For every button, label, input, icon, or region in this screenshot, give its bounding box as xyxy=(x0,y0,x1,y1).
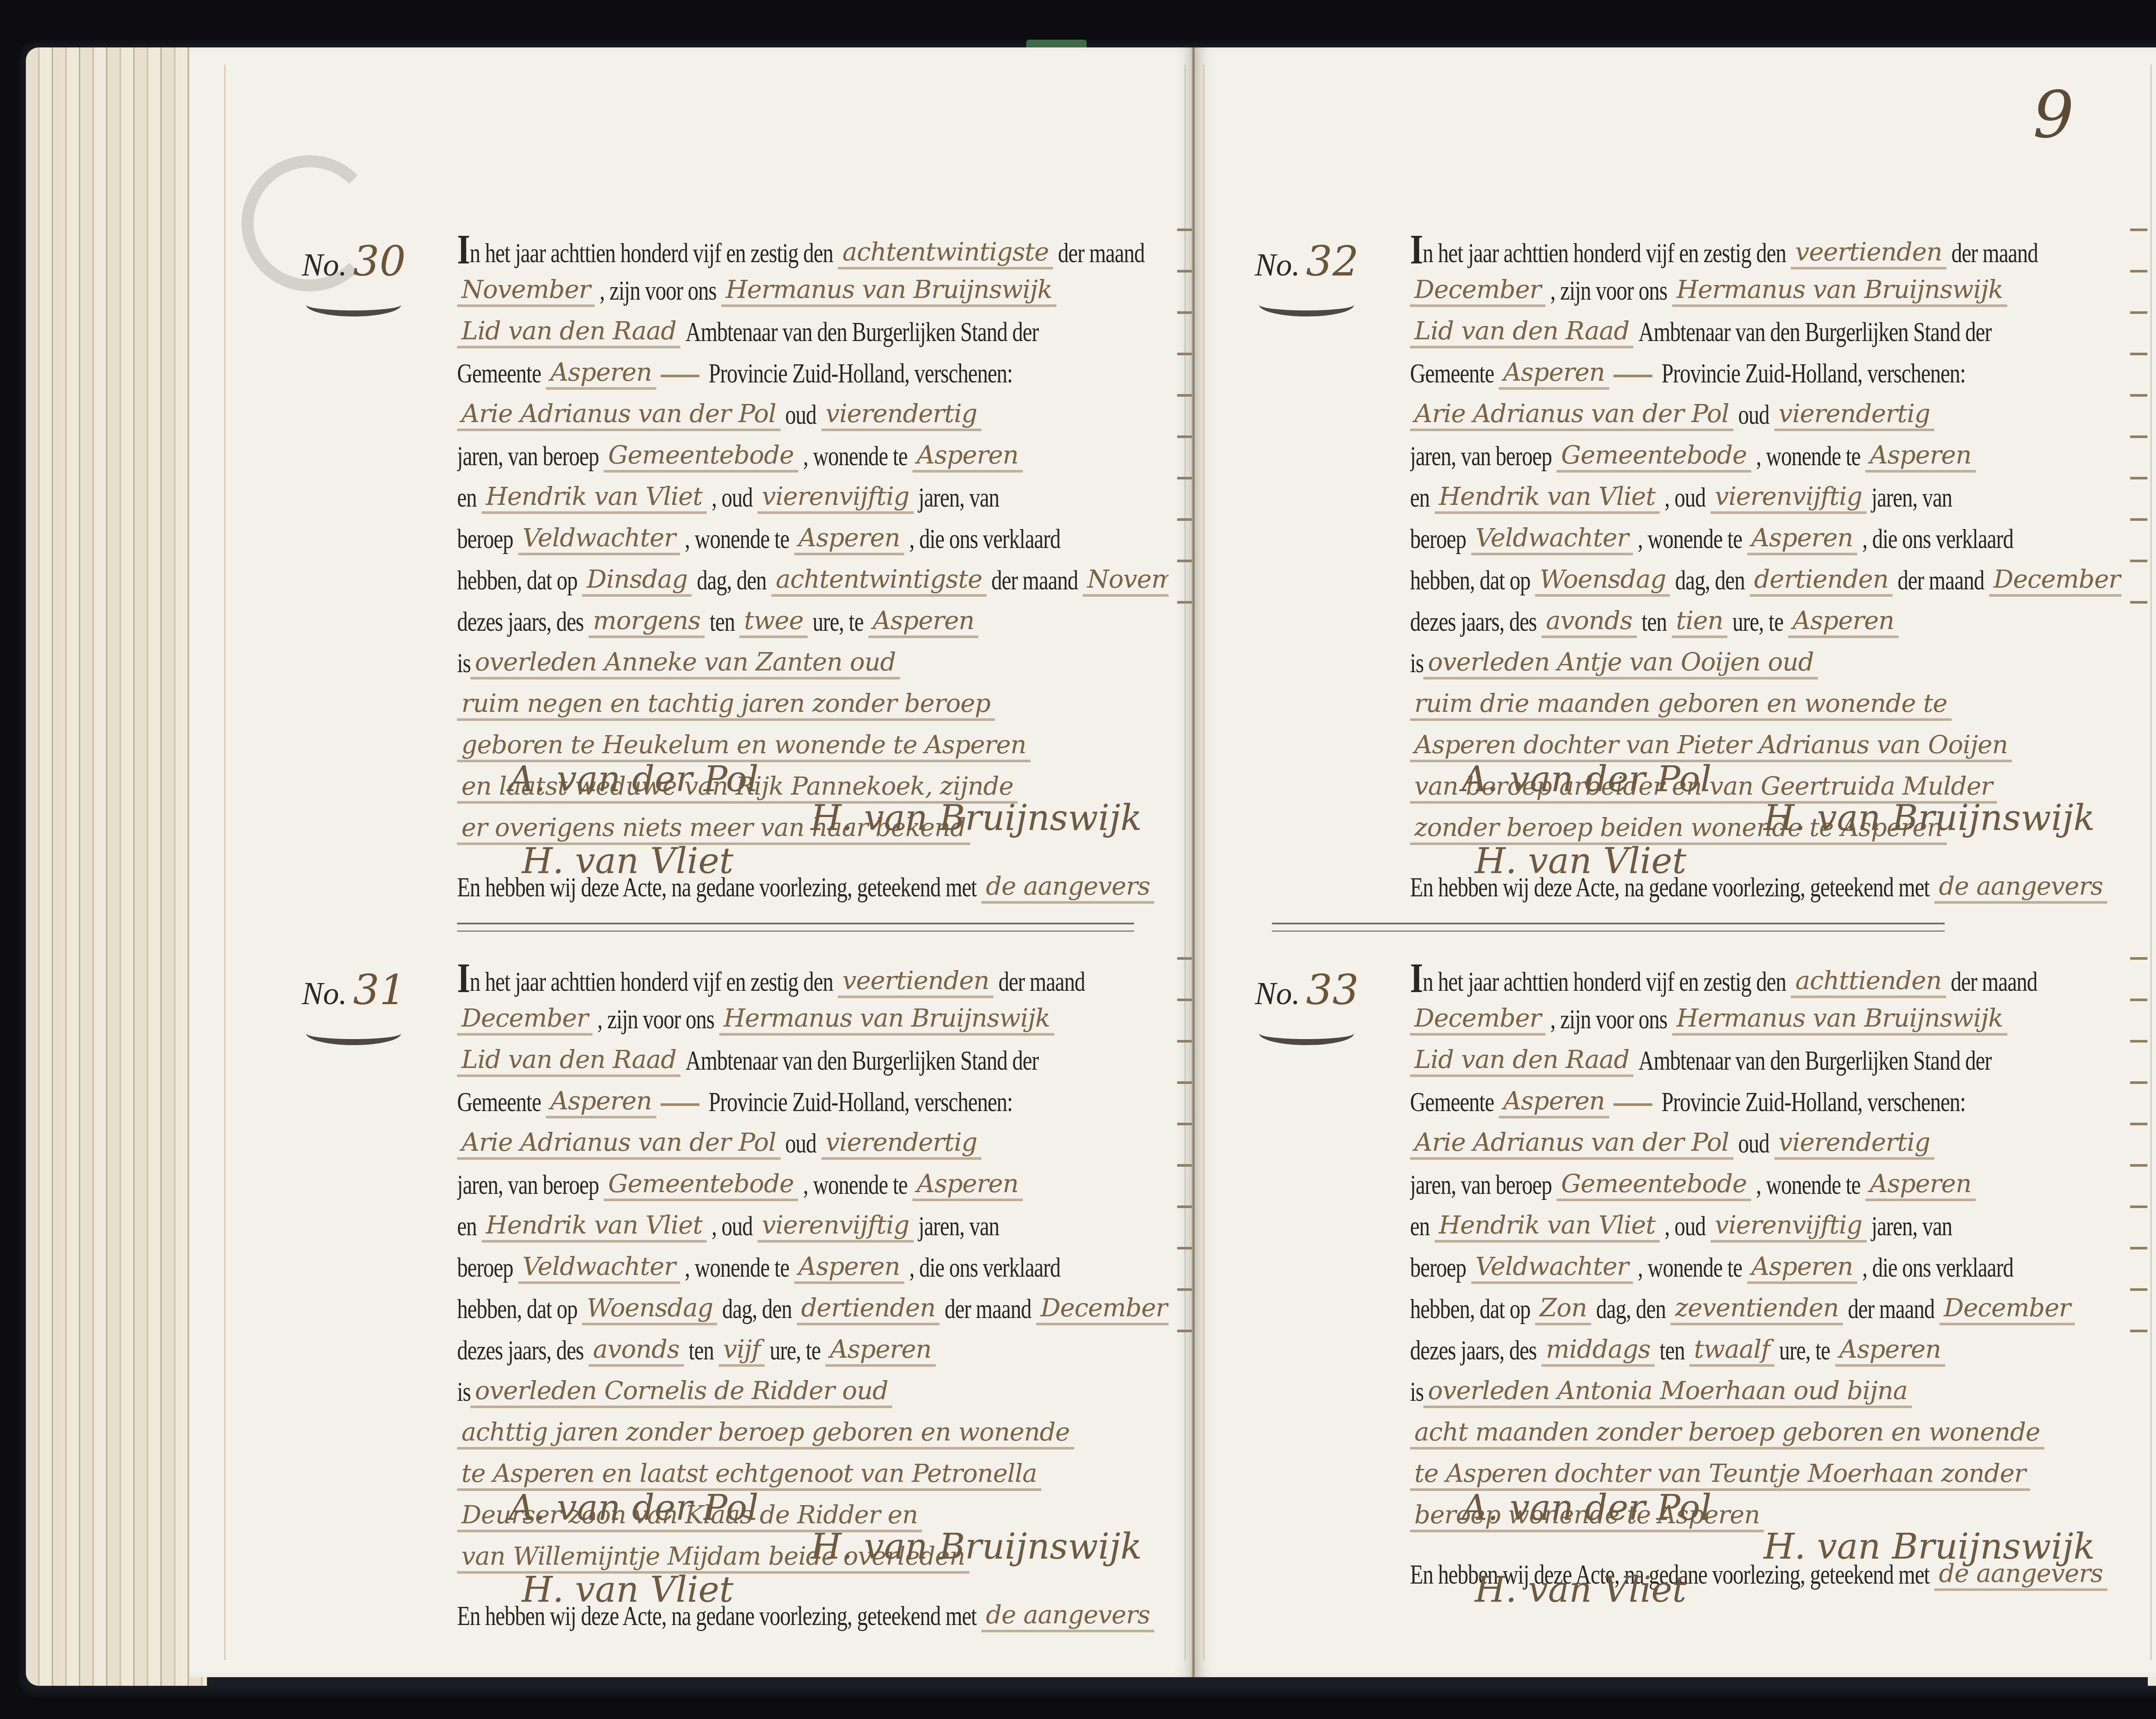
line-10: dezes jaars, des morgens ten twee ure, t… xyxy=(457,601,1169,642)
flourish-ornament xyxy=(1259,1022,1354,1045)
right-page: 9 No.32 In het jaar achttien honderd vij… xyxy=(1194,47,2156,1677)
signed-with: de aangevers xyxy=(1934,871,2107,904)
death-day: zeventienden xyxy=(1670,1293,1843,1325)
line-10: dezes jaars, des middags ten twaalf ure,… xyxy=(1410,1330,2122,1371)
witness2-occupation: Veldwachter xyxy=(1471,523,1633,555)
death-weekday: Zon xyxy=(1535,1293,1591,1325)
signature-van-bruijnswijk: H. van Bruijnswijk xyxy=(811,1526,1142,1567)
line-2: December , zijn voor ons Hermanus van Br… xyxy=(457,999,1169,1040)
line-6: jaren, van beroep Gemeentebode , wonende… xyxy=(1410,1164,2122,1205)
witness1-residence: Asperen xyxy=(1865,440,1976,473)
death-month: November xyxy=(1083,564,1169,597)
witness1-occupation: Gemeentebode xyxy=(604,440,798,473)
witness1-occupation: Gemeentebode xyxy=(604,1168,798,1201)
death-weekday: Woensdag xyxy=(582,1293,717,1325)
witness2-age: vierenvijftig xyxy=(758,1210,914,1243)
witness2-residence: Asperen xyxy=(794,523,905,555)
death-hour: tien xyxy=(1672,605,1728,638)
witness2-name: Hendrik van Vliet xyxy=(1435,481,1660,514)
line-7: en Hendrik van Vliet , oud vierenvijftig… xyxy=(1410,1205,2122,1247)
record-32: No.32 In het jaar achttien honderd vijf … xyxy=(1410,229,2122,970)
deceased-line: isoverleden Antonia Moerhaan oud bijna xyxy=(1410,1371,2122,1412)
witness1-name: Arie Adrianus van der Pol xyxy=(1410,1127,1733,1160)
line-2: December , zijn voor ons Hermanus van Br… xyxy=(1410,999,2122,1040)
witness2-residence: Asperen xyxy=(1747,1251,1858,1284)
death-month: December xyxy=(1036,1293,1169,1325)
death-hour: twee xyxy=(740,605,808,638)
record-number-value: 31 xyxy=(353,966,406,1014)
witness1-residence: Asperen xyxy=(912,1168,1023,1201)
signature-van-der-pol: A. van der Pol xyxy=(1462,1487,1711,1528)
line-3: Lid van den Raad Ambtenaar van den Burge… xyxy=(457,311,1169,353)
witness2-name: Hendrik van Vliet xyxy=(482,481,707,514)
witness2-occupation: Veldwachter xyxy=(518,523,680,555)
line-7: en Hendrik van Vliet , oud vierenvijftig… xyxy=(1410,477,2122,518)
official-name: Hermanus van Bruijnswijk xyxy=(1672,274,2007,307)
line-5: Arie Adrianus van der Pol oud vierendert… xyxy=(1410,1123,2122,1164)
page-edges-left xyxy=(26,47,207,1686)
official-title: Lid van den Raad xyxy=(1410,316,1633,348)
deceased-line: ruim negen en tachtig jaren zonder beroe… xyxy=(457,684,1169,725)
line-10: dezes jaars, des avonds ten vijf ure, te… xyxy=(457,1330,1169,1371)
official-title: Lid van den Raad xyxy=(457,316,680,348)
line-9: hebben, dat op Woensdag dag, den dertien… xyxy=(1410,560,2122,601)
line-2: November , zijn voor ons Hermanus van Br… xyxy=(457,270,1169,311)
deceased-line: isoverleden Antje van Ooijen oud xyxy=(1410,642,2122,684)
witness2-age: vierenvijftig xyxy=(1711,1210,1867,1243)
line-4: Gemeente Asperen Provincie Zuid-Holland,… xyxy=(1410,1081,2122,1123)
signed-with: de aangevers xyxy=(981,1600,1154,1632)
death-daypart: avonds xyxy=(1542,605,1637,638)
page-number: 9 xyxy=(2033,78,2074,153)
line-6: jaren, van beroep Gemeentebode , wonende… xyxy=(457,1164,1169,1205)
flourish-ornament xyxy=(306,1022,401,1045)
deceased-line: isoverleden Anneke van Zanten oud xyxy=(457,642,1169,684)
deceased-line: isoverleden Cornelis de Ridder oud xyxy=(457,1371,1169,1412)
record-33: No.33 In het jaar achttien honderd vijf … xyxy=(1410,957,2122,1699)
act-day: achtentwintigste xyxy=(838,237,1053,269)
witness1-name: Arie Adrianus van der Pol xyxy=(1410,398,1733,431)
line-9: hebben, dat op Woensdag dag, den dertien… xyxy=(457,1288,1169,1330)
death-place: Asperen xyxy=(1835,1334,1946,1367)
witness1-name: Arie Adrianus van der Pol xyxy=(457,1127,780,1160)
line-4: Gemeente Asperen Provincie Zuid-Holland,… xyxy=(457,353,1169,394)
margin-dashes xyxy=(2130,957,2147,1371)
act-day: veertienden xyxy=(1791,237,1946,269)
gemeente: Asperen xyxy=(546,357,656,390)
official-title: Lid van den Raad xyxy=(457,1044,680,1077)
witness1-residence: Asperen xyxy=(1865,1168,1976,1201)
signature-van-der-pol: A. van der Pol xyxy=(509,759,758,800)
line-1: In het jaar achttien honderd vijf en zes… xyxy=(457,229,1169,270)
line-5: Arie Adrianus van der Pol oud vierendert… xyxy=(457,1123,1169,1164)
line-1: In het jaar achttien honderd vijf en zes… xyxy=(457,957,1169,999)
line-5: Arie Adrianus van der Pol oud vierendert… xyxy=(1410,394,2122,435)
deceased-line: achttig jaren zonder beroep geboren en w… xyxy=(457,1412,1169,1454)
death-hour: twaalf xyxy=(1689,1334,1774,1367)
line-3: Lid van den Raad Ambtenaar van den Burge… xyxy=(1410,1040,2122,1081)
death-place: Asperen xyxy=(868,605,979,638)
death-daypart: avonds xyxy=(589,1334,684,1367)
official-name: Hermanus van Bruijnswijk xyxy=(719,1003,1054,1036)
witness2-name: Hendrik van Vliet xyxy=(482,1210,707,1243)
line-8: beroep Veldwachter , wonende te Asperen … xyxy=(457,1247,1169,1288)
death-daypart: middags xyxy=(1542,1334,1655,1367)
witness1-age: vierendertig xyxy=(1774,398,1934,431)
witness1-age: vierendertig xyxy=(1774,1127,1934,1160)
record-number: No.32 xyxy=(1255,237,1384,285)
witness2-age: vierenvijftig xyxy=(1711,481,1867,514)
witness2-name: Hendrik van Vliet xyxy=(1435,1210,1660,1243)
flourish-ornament xyxy=(1259,293,1354,316)
line-3: Lid van den Raad Ambtenaar van den Burge… xyxy=(457,1040,1169,1081)
witness2-residence: Asperen xyxy=(794,1251,905,1284)
death-hour: vijf xyxy=(719,1334,765,1367)
act-month: December xyxy=(1410,274,1545,307)
line-2: December , zijn voor ons Hermanus van Br… xyxy=(1410,270,2122,311)
official-title: Lid van den Raad xyxy=(1410,1044,1633,1077)
signature-van-vliet: H. van Vliet xyxy=(1475,841,1686,882)
left-page: No.30 In het jaar achttien honderd vijf … xyxy=(190,47,1194,1677)
signed-with: de aangevers xyxy=(981,871,1154,904)
line-10: dezes jaars, des avonds ten tien ure, te… xyxy=(1410,601,2122,642)
line-4: Gemeente Asperen Provincie Zuid-Holland,… xyxy=(1410,353,2122,394)
record-30: No.30 In het jaar achttien honderd vijf … xyxy=(457,229,1169,970)
witness2-age: vierenvijftig xyxy=(758,481,914,514)
signature-van-vliet: H. van Vliet xyxy=(522,841,733,882)
witness1-name: Arie Adrianus van der Pol xyxy=(457,398,780,431)
death-day: dertienden xyxy=(797,1293,940,1325)
deceased-line: acht maanden zonder beroep geboren en wo… xyxy=(1410,1412,2122,1454)
deceased-line: ruim drie maanden geboren en wonende te xyxy=(1410,684,2122,725)
witness1-occupation: Gemeentebode xyxy=(1557,440,1751,473)
official-name: Hermanus van Bruijnswijk xyxy=(1672,1003,2007,1036)
death-month: December xyxy=(1989,564,2122,597)
gemeente: Asperen xyxy=(1499,1086,1609,1118)
signature-van-bruijnswijk: H. van Bruijnswijk xyxy=(811,798,1142,839)
signature-van-vliet: H. van Vliet xyxy=(522,1569,733,1610)
line-6: jaren, van beroep Gemeentebode , wonende… xyxy=(457,435,1169,477)
signature-van-bruijnswijk: H. van Bruijnswijk xyxy=(1764,1526,2095,1567)
record-number-value: 32 xyxy=(1306,237,1359,285)
death-place: Asperen xyxy=(825,1334,936,1367)
act-day: achttienden xyxy=(1791,965,1946,998)
line-3: Lid van den Raad Ambtenaar van den Burge… xyxy=(1410,311,2122,353)
death-weekday: Woensdag xyxy=(1535,564,1670,597)
signature-van-der-pol: A. van der Pol xyxy=(1462,759,1711,800)
gemeente: Asperen xyxy=(1499,357,1609,390)
witness1-residence: Asperen xyxy=(912,440,1023,473)
act-month: December xyxy=(1410,1003,1545,1036)
witness1-occupation: Gemeentebode xyxy=(1557,1168,1751,1201)
line-1: In het jaar achttien honderd vijf en zes… xyxy=(1410,229,2122,270)
line-9: hebben, dat op Zon dag, den zeventienden… xyxy=(1410,1288,2122,1330)
witness2-residence: Asperen xyxy=(1747,523,1858,555)
line-8: beroep Veldwachter , wonende te Asperen … xyxy=(457,518,1169,560)
death-day: achtentwintigste xyxy=(771,564,987,597)
witness1-age: vierendertig xyxy=(821,398,981,431)
line-1: In het jaar achttien honderd vijf en zes… xyxy=(1410,957,2122,999)
act-month: November xyxy=(457,274,595,307)
death-place: Asperen xyxy=(1788,605,1899,638)
line-7: en Hendrik van Vliet , oud vierenvijftig… xyxy=(457,477,1169,518)
line-9: hebben, dat op Dinsdag dag, den achtentw… xyxy=(457,560,1169,601)
record-31: No.31 In het jaar achttien honderd vijf … xyxy=(457,957,1169,1699)
record-number-value: 33 xyxy=(1306,966,1359,1014)
death-month: December xyxy=(1940,1293,2075,1325)
line-8: beroep Veldwachter , wonende te Asperen … xyxy=(1410,518,2122,560)
death-daypart: morgens xyxy=(589,605,705,638)
signature-van-vliet: H. van Vliet xyxy=(1475,1569,1686,1610)
act-month: December xyxy=(457,1003,592,1036)
gemeente: Asperen xyxy=(546,1086,656,1118)
record-number: No.33 xyxy=(1255,966,1384,1014)
line-5: Arie Adrianus van der Pol oud vierendert… xyxy=(457,394,1169,435)
witness1-age: vierendertig xyxy=(821,1127,981,1160)
death-weekday: Dinsdag xyxy=(582,564,692,597)
record-number-value: 30 xyxy=(353,237,406,285)
record-number: No.30 xyxy=(302,237,431,285)
witness2-occupation: Veldwachter xyxy=(1471,1251,1633,1284)
line-6: jaren, van beroep Gemeentebode , wonende… xyxy=(1410,435,2122,477)
line-7: en Hendrik van Vliet , oud vierenvijftig… xyxy=(457,1205,1169,1247)
signature-van-der-pol: A. van der Pol xyxy=(509,1487,758,1528)
death-day: dertienden xyxy=(1750,564,1893,597)
official-name: Hermanus van Bruijnswijk xyxy=(721,274,1056,307)
line-8: beroep Veldwachter , wonende te Asperen … xyxy=(1410,1247,2122,1288)
act-day: veertienden xyxy=(838,965,993,998)
line-4: Gemeente Asperen Provincie Zuid-Holland,… xyxy=(457,1081,1169,1123)
record-number: No.31 xyxy=(302,966,431,1014)
flourish-ornament xyxy=(306,293,401,316)
margin-dashes xyxy=(2130,229,2147,642)
signature-van-bruijnswijk: H. van Bruijnswijk xyxy=(1764,798,2095,839)
witness2-occupation: Veldwachter xyxy=(518,1251,680,1284)
